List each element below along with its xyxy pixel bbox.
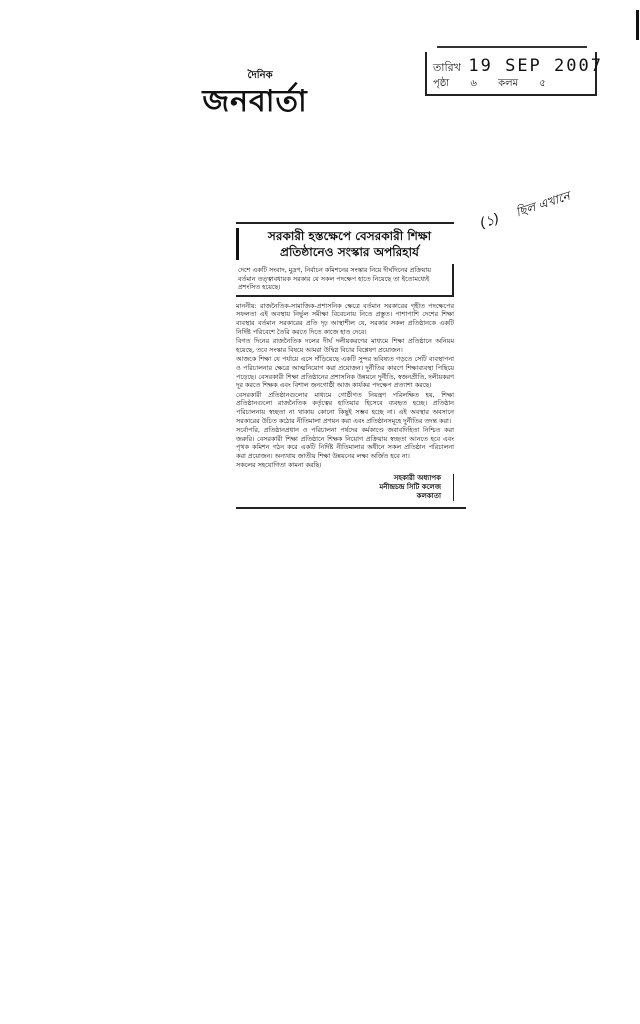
article-lede: দেশে একটি সংবাদ, মুদ্রণ, নির্বাচন কমিশনে…: [236, 264, 454, 297]
annotation-text: ছিল এখানে: [514, 189, 572, 220]
news-clipping: সরকারী হস্তক্ষেপে বেসরকারী শিক্ষা প্রতিষ…: [236, 222, 454, 509]
signature-title: সহকারী অধ্যাপক: [236, 474, 441, 483]
paragraph: বিগত দিনের রাজনৈতিক দলের দীর্ঘ দলীয়করণে…: [236, 337, 454, 354]
newspaper-masthead: দৈনিক জনবার্তা: [190, 68, 320, 119]
signature-city: কলকাতা: [236, 492, 441, 501]
stamp-date-value: 19 SEP 2007: [468, 56, 603, 76]
scan-edge-mark: [636, 10, 639, 40]
stamp-top-line: [437, 46, 587, 48]
signature-institution: মনীন্দ্রচন্দ্র সিটি কলেজ: [236, 483, 441, 492]
paragraph: সকলের সহযোগিতা কামনা করছি।: [236, 461, 454, 470]
stamp-page-label: পৃষ্ঠা: [433, 78, 449, 89]
article-bottom-rule: [236, 507, 466, 509]
paragraph: সর্বোপরি, প্রতিষ্ঠানপ্রধান ও পরিচালনা পর…: [236, 426, 454, 460]
paragraph: বেসরকারী প্রতিষ্ঠানগুলোর মাধ্যমে গোষ্ঠীগ…: [236, 391, 454, 425]
headline-line-1: সরকারী হস্তক্ষেপে বেসরকারী শিক্ষা: [245, 228, 454, 244]
stamp-column-value: ৫: [539, 78, 546, 89]
headline-line-2: প্রতিষ্ঠানেও সংস্কার অপরিহার্য: [245, 244, 454, 260]
date-stamp: তারিখ 19 SEP 2007 পৃষ্ঠা ৬ কলম ৫: [425, 52, 597, 96]
headline-box: সরকারী হস্তক্ষেপে বেসরকারী শিক্ষা প্রতিষ…: [236, 228, 454, 260]
handwritten-annotation: (১) ছিল এখানে: [477, 184, 574, 236]
paragraph: আজকে শিক্ষা যে পর্যায়ে এসে দাঁড়িয়েছে …: [236, 355, 454, 389]
annotation-number: (১): [478, 211, 502, 232]
article-body: মাননীয়: রাজনৈতিক-সামাজিক-প্রশাসনিক ক্ষে…: [236, 302, 454, 470]
article-top-rule: [236, 222, 454, 224]
stamp-date-label: তারিখ: [433, 61, 461, 74]
stamp-page-value: ৬: [470, 78, 477, 89]
author-signature: সহকারী অধ্যাপক মনীন্দ্রচন্দ্র সিটি কলেজ …: [236, 474, 454, 501]
paragraph: মাননীয়: রাজনৈতিক-সামাজিক-প্রশাসনিক ক্ষে…: [236, 302, 454, 336]
masthead-title: জনবার্তা: [190, 85, 320, 119]
masthead-kicker: দৈনিক: [200, 68, 320, 85]
stamp-page-row: পৃষ্ঠা ৬ কলম ৫: [433, 76, 546, 93]
stamp-column-label: কলম: [498, 78, 518, 89]
stamp-date-row: তারিখ 19 SEP 2007: [433, 56, 603, 78]
